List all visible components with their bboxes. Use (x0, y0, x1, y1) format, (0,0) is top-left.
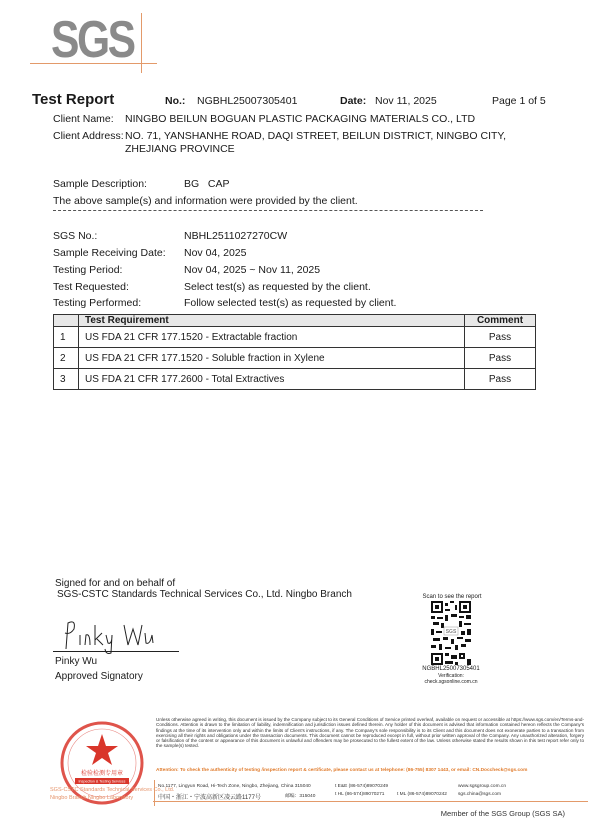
table-header-row: Test Requirement Comment (54, 315, 536, 327)
signatory-name: Pinky Wu (55, 656, 97, 667)
qr-caption: Scan to see the report (402, 594, 502, 600)
authenticity-attention: Attention: To check the authenticity of … (156, 768, 584, 774)
row-requirement: US FDA 21 CFR 177.1520 - Extractable fra… (79, 327, 465, 348)
tel-hl: t HL (86-574)89070271 (335, 792, 384, 797)
detail-label: Testing Period: (53, 264, 122, 276)
detail-value: Follow selected test(s) as requested by … (184, 297, 396, 309)
sgs-logo: SGS (51, 14, 134, 66)
svg-text:Inspection & Testing Services: Inspection & Testing Services (79, 780, 126, 784)
detail-label: Sample Receiving Date: (53, 247, 166, 259)
client-address-line1: NO. 71, YANSHANHE ROAD, DAQI STREET, BEI… (125, 130, 506, 142)
footer-horizontal-rule (153, 801, 588, 802)
client-address-label: Client Address: (53, 130, 124, 142)
svg-text:检验检测专用章: 检验检测专用章 (81, 769, 123, 777)
sample-description-label: Sample Description: (53, 178, 147, 190)
report-title: Test Report (32, 91, 114, 108)
official-stamp-icon: 检验检测专用章 Inspection & Testing Services (55, 716, 155, 816)
member-of-sgs-group: Member of the SGS Group (SGS SA) (441, 809, 565, 818)
client-address-line2: ZHEJIANG PROVINCE (125, 143, 235, 155)
address-en: No.1177, Lingyun Road, Hi-Tech Zone, Nin… (158, 784, 311, 789)
date-label: Date: (340, 95, 366, 107)
legal-disclaimer: Unless otherwise agreed in writing, this… (156, 717, 584, 749)
detail-value: Select test(s) as requested by the clien… (184, 281, 371, 293)
postcode: 邮编：315040 (285, 792, 315, 799)
table-row: 3 US FDA 21 CFR 177.2600 - Total Extract… (54, 369, 536, 390)
sample-description-value: BG CAP (184, 178, 230, 190)
footer-vertical-rule (154, 780, 155, 806)
page-indicator: Page 1 of 5 (492, 95, 546, 107)
detail-label: Test Requested: (53, 281, 129, 293)
detail-label: SGS No.: (53, 230, 97, 242)
sample-note: The above sample(s) and information were… (53, 195, 358, 207)
email-link[interactable]: sgs.china@sgs.com (458, 792, 501, 797)
qr-verification-site[interactable]: check.sgsonline.com.cn (401, 679, 501, 685)
svg-text:SGS: SGS (446, 629, 457, 635)
row-num: 3 (54, 369, 79, 390)
row-num: 2 (54, 348, 79, 369)
table-row: 2 US FDA 21 CFR 177.1520 - Soluble fract… (54, 348, 536, 369)
address-cn: 中国・浙江・宁波高新区凌云路1177号 (158, 792, 261, 801)
report-no-value: NGBHL25007305401 (197, 95, 297, 107)
stamp-side-line1: SGS-CSTC Standards Technical Services Co… (50, 787, 174, 793)
row-comment: Pass (465, 369, 536, 390)
row-comment: Pass (465, 327, 536, 348)
detail-value: NBHL2511027270CW (184, 230, 287, 242)
logo-vertical-rule (141, 13, 142, 73)
logo-horizontal-rule (30, 63, 157, 64)
client-name-value: NINGBO BEILUN BOGUAN PLASTIC PACKAGING M… (125, 113, 475, 125)
signed-on-behalf-line1: Signed for and on behalf of (55, 578, 175, 589)
header-comment: Comment (465, 315, 536, 327)
row-num: 1 (54, 327, 79, 348)
qr-code-icon[interactable]: SGS (431, 601, 471, 665)
table-row: 1 US FDA 21 CFR 177.1520 - Extractable f… (54, 327, 536, 348)
row-requirement: US FDA 21 CFR 177.1520 - Soluble fractio… (79, 348, 465, 369)
signed-on-behalf-line2: SGS-CSTC Standards Technical Services Co… (57, 589, 352, 600)
handwritten-signature (60, 615, 170, 655)
tel-ml: t ML (86-574)89070242 (397, 792, 447, 797)
detail-value: Nov 04, 2025 ~ Nov 11, 2025 (184, 264, 320, 276)
tel-ee: t E&E (86-574)89070249 (335, 784, 388, 789)
date-value: Nov 11, 2025 (375, 95, 437, 107)
client-name-label: Client Name: (53, 113, 114, 125)
stamp-side-line2: Ningbo Branch Ningbo Laboratory (50, 795, 133, 801)
row-comment: Pass (465, 348, 536, 369)
dashed-divider (53, 210, 483, 211)
header-num (54, 315, 79, 327)
signature-line (53, 651, 179, 652)
detail-label: Testing Performed: (53, 297, 141, 309)
signatory-role: Approved Signatory (55, 671, 143, 682)
detail-value: Nov 04, 2025 (184, 247, 246, 259)
header-requirement: Test Requirement (79, 315, 465, 327)
report-no-label: No.: (165, 95, 185, 107)
website-link[interactable]: www.sgsgroup.com.cn (458, 784, 506, 789)
test-requirements-table: Test Requirement Comment 1 US FDA 21 CFR… (53, 314, 536, 390)
qr-report-no: NGBHL25007305401 (401, 666, 501, 672)
row-requirement: US FDA 21 CFR 177.2600 - Total Extractiv… (79, 369, 465, 390)
